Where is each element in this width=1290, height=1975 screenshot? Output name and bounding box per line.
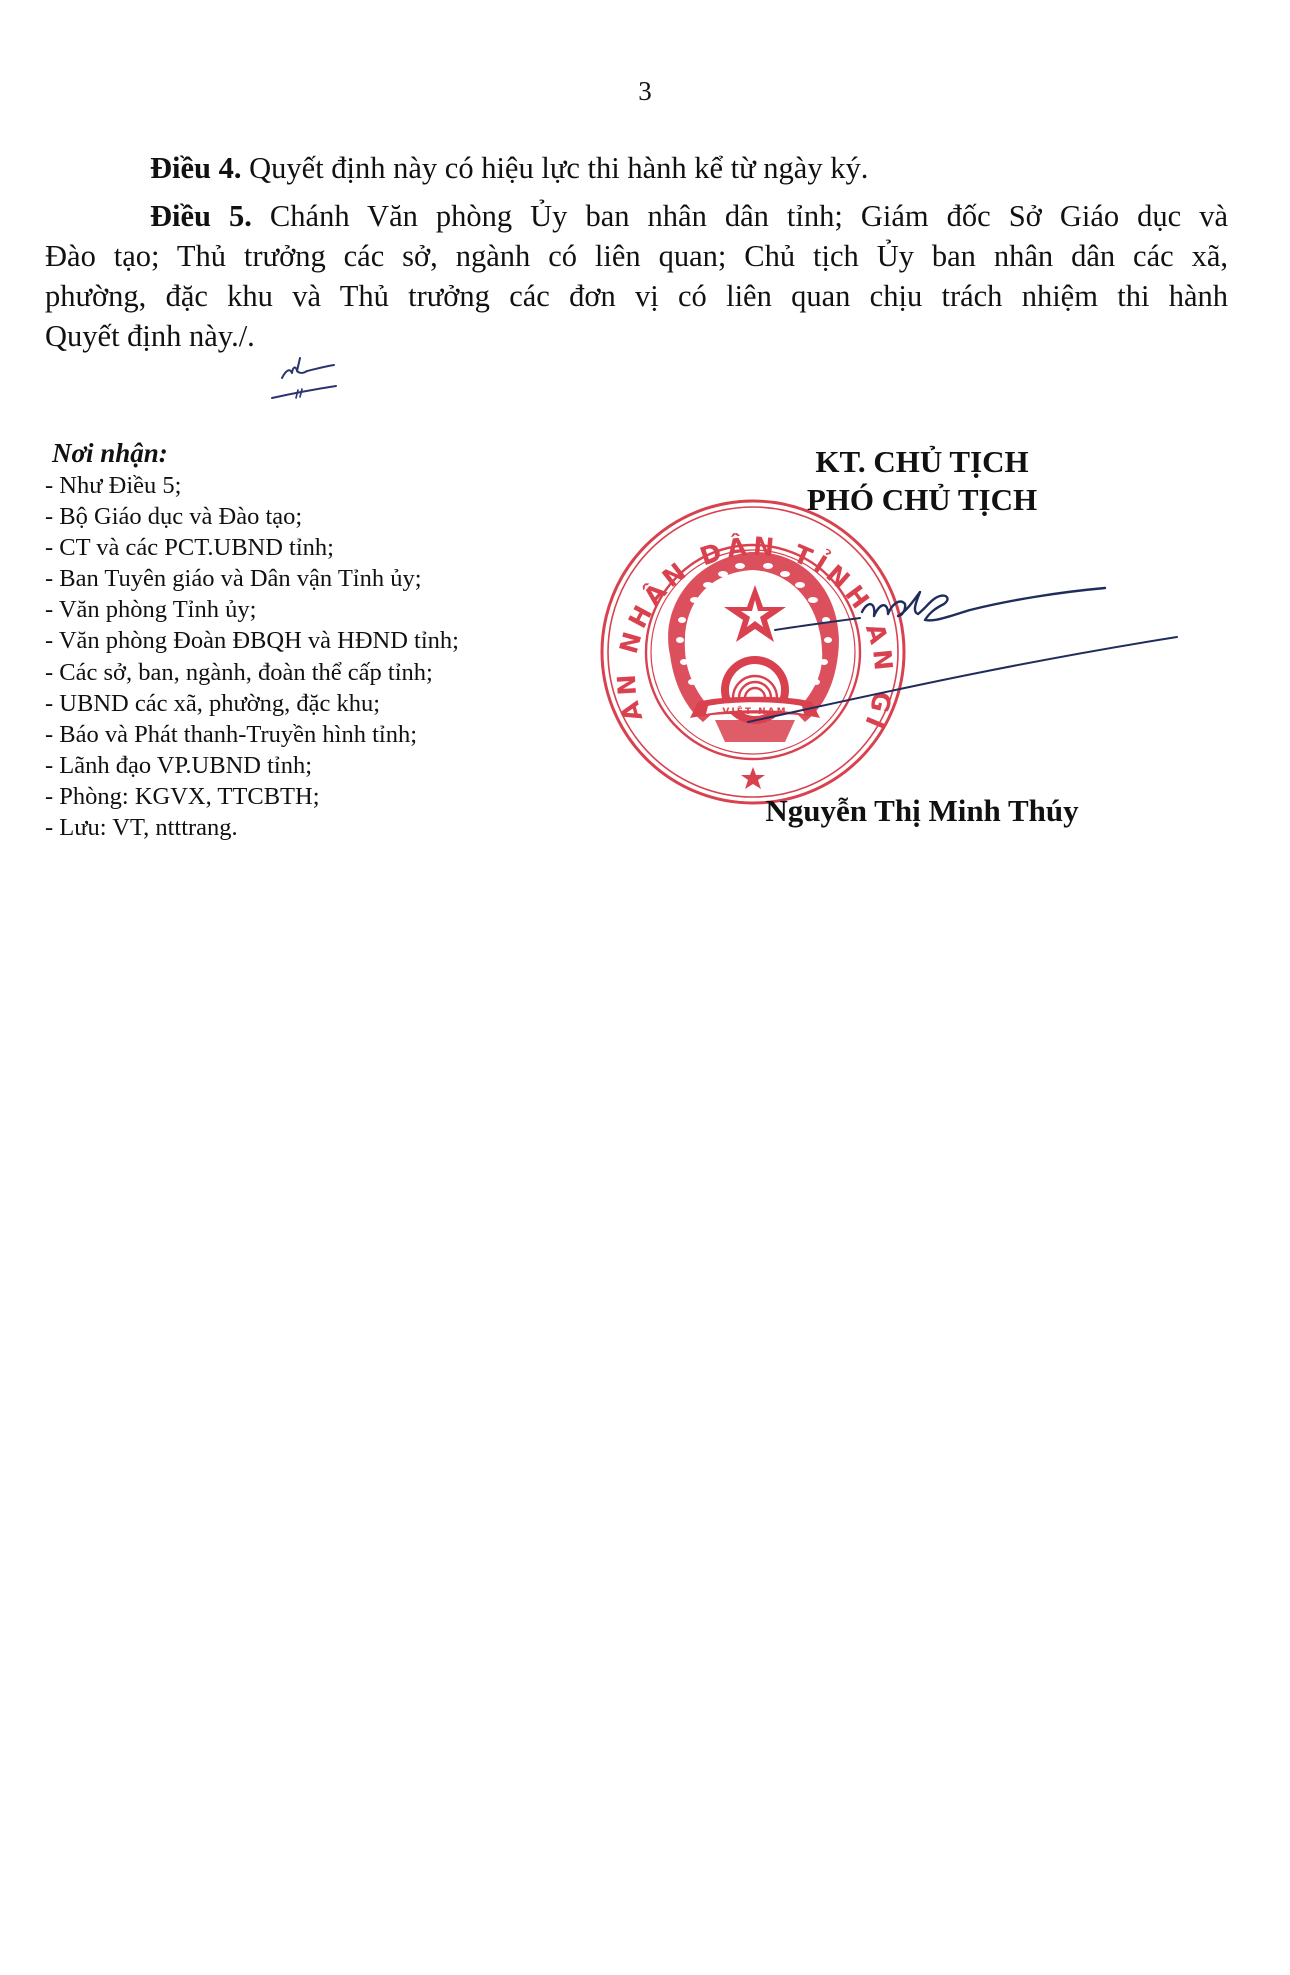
signer-name: Nguyễn Thị Minh Thúy (722, 792, 1122, 830)
signature-title-2: PHÓ CHỦ TỊCH (722, 481, 1122, 519)
national-emblem-icon: VIỆT NAM (668, 552, 839, 742)
recipient-item: - CT và các PCT.UBND tỉnh; (45, 532, 459, 563)
signature-title-1: KT. CHỦ TỊCH (722, 443, 1122, 481)
recipient-items: - Như Điều 5;- Bộ Giáo dục và Đào tạo;- … (45, 470, 459, 843)
article-5-line-1: Điều 5. Chánh Văn phòng Ủy ban nhân dân … (45, 196, 1228, 236)
recipient-item: - Các sở, ban, ngành, đoàn thể cấp tỉnh; (45, 657, 459, 688)
article-4-text: Quyết định này có hiệu lực thi hành kể t… (242, 151, 869, 185)
recipient-item: - Văn phòng Đoàn ĐBQH và HĐND tỉnh; (45, 625, 459, 656)
recipient-item: - Bộ Giáo dục và Đào tạo; (45, 501, 459, 532)
official-stamp: ỦY BAN NHÂN DÂN TỈNH AN GIANG VIỆT NAM (590, 490, 920, 820)
recipient-item: - Lưu: VT, ntttrang. (45, 812, 459, 843)
article-5-line-2: Đào tạo; Thủ trưởng các sở, ngành có liê… (45, 236, 1228, 276)
recipient-item: - Như Điều 5; (45, 470, 459, 501)
recipient-item: - Phòng: KGVX, TTCBTH; (45, 781, 459, 812)
article-5-line-3: phường, đặc khu và Thủ trưởng các đơn vị… (45, 276, 1228, 316)
article-5-text-1: Chánh Văn phòng Ủy ban nhân dân tỉnh; Gi… (252, 199, 1228, 233)
stamp-bottom-star-icon (741, 767, 765, 789)
article-5-label: Điều 5. (150, 199, 252, 233)
article-4-label: Điều 4. (150, 151, 242, 185)
recipient-item: - Báo và Phát thanh-Truyền hình tỉnh; (45, 719, 459, 750)
initials-mark (260, 340, 370, 410)
article-5-line-4: Quyết định này./. (45, 316, 1228, 356)
recipient-item: - Ban Tuyên giáo và Dân vận Tỉnh ủy; (45, 563, 459, 594)
recipient-item: - UBND các xã, phường, đặc khu; (45, 688, 459, 719)
article-4: Điều 4. Quyết định này có hiệu lực thi h… (45, 148, 1228, 188)
recipients-title: Nơi nhận: (52, 436, 459, 470)
recipient-item: - Văn phòng Tỉnh ủy; (45, 594, 459, 625)
article-5: Điều 5. Chánh Văn phòng Ủy ban nhân dân … (45, 196, 1228, 356)
page-number: 3 (0, 76, 1290, 106)
recipients-list: Nơi nhận: - Như Điều 5;- Bộ Giáo dục và … (45, 436, 459, 843)
recipient-item: - Lãnh đạo VP.UBND tỉnh; (45, 750, 459, 781)
stamp-ribbon-text: VIỆT NAM (722, 706, 787, 717)
